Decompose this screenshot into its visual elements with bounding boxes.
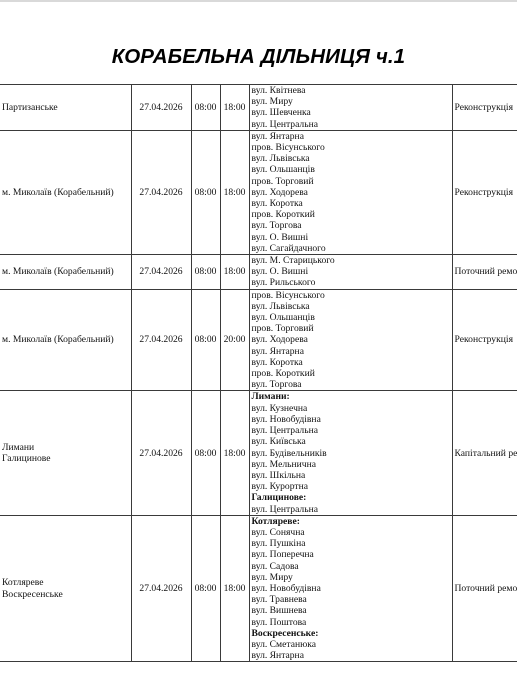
outage-schedule-table: Партизанське27.04.202608:0018:00вул. Кві… [0,84,517,662]
end-time-cell: 18:00 [220,391,249,515]
streets-cell: вул. Янтарнапров. Вісунськоговул. Львівс… [249,130,452,254]
street-name: вул. Шкільна [252,470,450,481]
street-name: пров. Торговий [252,323,450,334]
street-name: вул. Ольшанців [252,312,450,323]
street-name: вул. Поштова [252,617,450,628]
street-name: пров. Короткий [252,368,450,379]
page-top-border [0,0,517,2]
end-time-cell: 18:00 [220,515,249,662]
table-row: КотляревеВоскресенське27.04.202608:0018:… [0,515,517,662]
streets-cell: вул. Квітневавул. Мирувул. Шевченкавул. … [249,85,452,131]
settlement-name: м. Миколаїв (Корабельний) [2,266,129,277]
street-name: вул. О. Вишні [252,232,450,243]
work-type-cell: Поточний ремонт [452,515,517,662]
street-name: пров. Торговий [252,176,450,187]
settlement-cell: м. Миколаїв (Корабельний) [0,130,131,254]
settlement-heading: Воскресенське: [252,628,450,639]
street-name: вул. Ходорева [252,187,450,198]
street-name: вул. Львівська [252,153,450,164]
settlement-heading: Котляреве: [252,516,450,527]
street-name: вул. Миру [252,572,450,583]
street-name: вул. Кузнечна [252,403,450,414]
table-row: м. Миколаїв (Корабельний)27.04.202608:00… [0,130,517,254]
table-row: ЛиманиГалицинове27.04.202608:0018:00Лима… [0,391,517,515]
street-name: пров. Вісунського [252,290,450,301]
street-name: вул. Вишнева [252,605,450,616]
street-name: вул. Янтарна [252,131,450,142]
street-name: вул. Янтарна [252,650,450,661]
street-name: вул. Центральна [252,504,450,515]
street-name: вул. Миру [252,96,450,107]
page-title: КОРАБЕЛЬНА ДІЛЬНИЦЯ ч.1 [0,45,517,69]
start-time-cell: 08:00 [191,255,220,290]
street-name: вул. Київська [252,436,450,447]
date-cell: 27.04.2026 [131,391,191,515]
settlement-cell: м. Миколаїв (Корабельний) [0,255,131,290]
settlement-name: Лимани [2,442,129,453]
street-name: вул. О. Вишні [252,266,450,277]
date-cell: 27.04.2026 [131,515,191,662]
street-name: вул. Центральна [252,119,450,130]
street-name: вул. Шевченка [252,107,450,118]
settlement-cell: КотляревеВоскресенське [0,515,131,662]
street-name: вул. Сагайдачного [252,243,450,254]
settlement-cell: м. Миколаїв (Корабельний) [0,289,131,391]
street-name: вул. Сметанюка [252,639,450,650]
work-type-cell: Поточний ремонт [452,255,517,290]
settlement-heading: Лимани: [252,391,450,402]
work-type-cell: Реконструкція [452,289,517,391]
street-name: вул. Центральна [252,425,450,436]
date-cell: 27.04.2026 [131,255,191,290]
street-name: вул. Рильського [252,277,450,288]
streets-cell: Котляреве:вул. Сонячнавул. Пушкінавул. П… [249,515,452,662]
end-time-cell: 20:00 [220,289,249,391]
street-name: вул. Пушкіна [252,538,450,549]
street-name: пров. Вісунського [252,142,450,153]
street-name: вул. Новобудівна [252,583,450,594]
street-name: вул. Ходорева [252,334,450,345]
street-name: вул. Торгова [252,220,450,231]
settlement-name: м. Миколаїв (Корабельний) [2,334,129,345]
street-name: вул. Квітнева [252,85,450,96]
street-name: вул. Курортна [252,481,450,492]
settlement-cell: Партизанське [0,85,131,131]
settlement-name: Воскресенське [2,589,129,600]
start-time-cell: 08:00 [191,515,220,662]
street-name: вул. Торгова [252,379,450,390]
schedule-table-body: Партизанське27.04.202608:0018:00вул. Кві… [0,85,517,662]
settlement-name: Партизанське [2,102,129,113]
street-name: вул. Сонячна [252,527,450,538]
date-cell: 27.04.2026 [131,289,191,391]
settlement-name: Галицинове [2,453,129,464]
start-time-cell: 08:00 [191,130,220,254]
end-time-cell: 18:00 [220,85,249,131]
street-name: вул. Поперечна [252,549,450,560]
street-name: вул. Новобудівна [252,414,450,425]
end-time-cell: 18:00 [220,130,249,254]
street-name: вул. Травнева [252,594,450,605]
settlement-cell: ЛиманиГалицинове [0,391,131,515]
streets-cell: вул. М. Старицькоговул. О. Вишнівул. Рил… [249,255,452,290]
streets-cell: пров. Вісунськоговул. Львівськавул. Ольш… [249,289,452,391]
date-cell: 27.04.2026 [131,130,191,254]
settlement-name: Котляреве [2,577,129,588]
street-name: пров. Короткий [252,209,450,220]
end-time-cell: 18:00 [220,255,249,290]
settlement-heading: Галицинове: [252,492,450,503]
start-time-cell: 08:00 [191,85,220,131]
street-name: вул. Ольшанців [252,164,450,175]
streets-cell: Лимани:вул. Кузнечнавул. Новобудівнавул.… [249,391,452,515]
street-name: вул. Янтарна [252,346,450,357]
settlement-name: м. Миколаїв (Корабельний) [2,187,129,198]
work-type-cell: Реконструкція [452,130,517,254]
start-time-cell: 08:00 [191,289,220,391]
street-name: вул. Коротка [252,198,450,209]
street-name: вул. Коротка [252,357,450,368]
street-name: вул. Садова [252,561,450,572]
work-type-cell: Капітальний ремонт [452,391,517,515]
street-name: вул. Львівська [252,301,450,312]
table-row: м. Миколаїв (Корабельний)27.04.202608:00… [0,255,517,290]
street-name: вул. Будівельників [252,448,450,459]
table-row: Партизанське27.04.202608:0018:00вул. Кві… [0,85,517,131]
table-row: м. Миколаїв (Корабельний)27.04.202608:00… [0,289,517,391]
work-type-cell: Реконструкція [452,85,517,131]
street-name: вул. Мельнична [252,459,450,470]
street-name: вул. М. Старицького [252,255,450,266]
start-time-cell: 08:00 [191,391,220,515]
date-cell: 27.04.2026 [131,85,191,131]
